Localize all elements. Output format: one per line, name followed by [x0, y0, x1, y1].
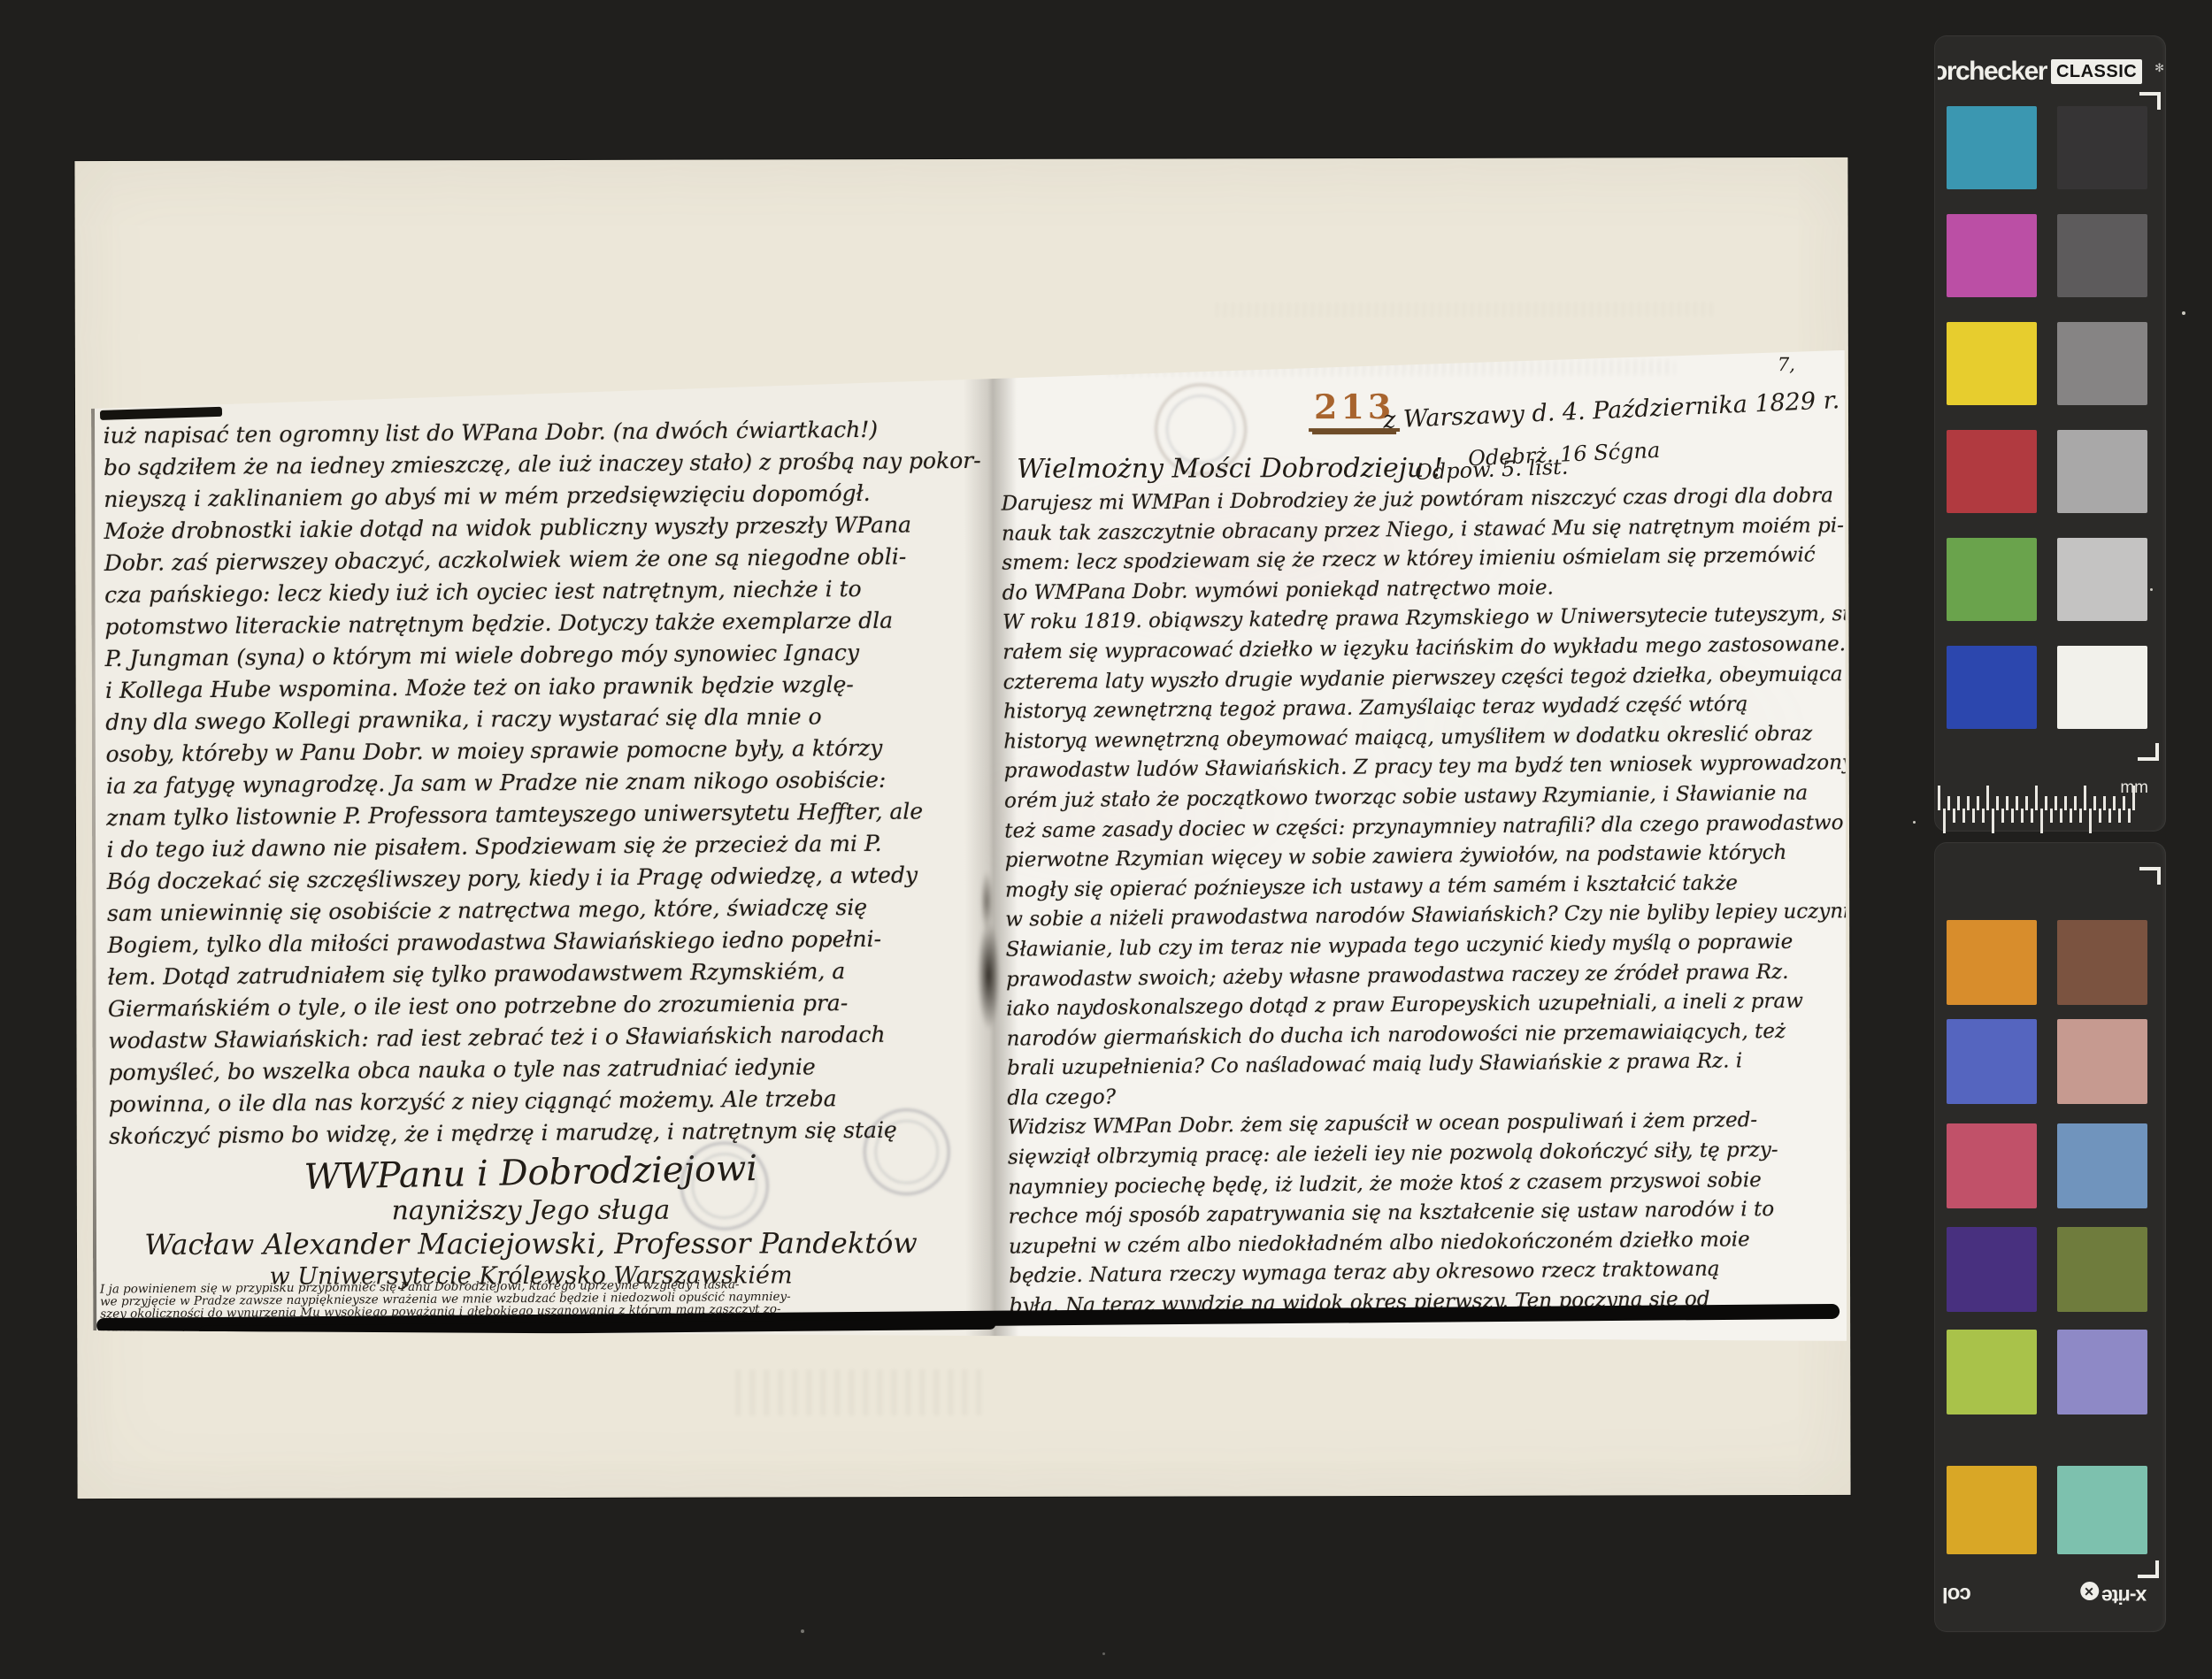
right-page-body: Darujesz mi WMPan i Dobrodziey że już po… — [1002, 481, 1846, 1322]
patch-row — [1934, 106, 2166, 189]
color-patch — [1947, 1123, 2037, 1208]
color-patch — [1947, 1019, 2037, 1104]
archive-stamp — [864, 1108, 950, 1195]
fold-ink-smudge — [980, 870, 993, 932]
patch-row — [1934, 1227, 2166, 1312]
patch-row — [1934, 538, 2166, 621]
closing-valediction: nayniższy Jego sługa — [93, 1194, 969, 1227]
color-patch — [2057, 1019, 2147, 1104]
patch-row — [1934, 1466, 2166, 1554]
color-patch — [2057, 1466, 2147, 1554]
color-patch — [1947, 646, 2037, 729]
color-patch — [2057, 538, 2147, 621]
ruler-ticks — [1943, 809, 2131, 833]
patch-row — [1934, 920, 2166, 1005]
color-patch — [2057, 646, 2147, 729]
color-patch — [1947, 1330, 2037, 1414]
color-patch — [1947, 430, 2037, 513]
document-corner-shadow — [100, 407, 222, 420]
colorchecker-card-bottom: col x-rite✕ — [1934, 842, 2166, 1632]
dust-speck — [2150, 588, 2153, 591]
dateline: z Warszawy d. 4. Października 1829 r. — [1383, 387, 1840, 434]
ruler-unit-label: mm — [2120, 778, 2148, 798]
color-patch — [2057, 430, 2147, 513]
colorchecker-card-top: orcheckerCLASSIC ✻ mm — [1934, 35, 2166, 832]
color-patch — [1947, 322, 2037, 405]
colorchecker-wordmark: orchecker — [1938, 57, 2047, 86]
patch-row — [1934, 430, 2166, 513]
colorchecker-title: orcheckerCLASSIC — [1938, 57, 2164, 87]
closing-address: WWPanu i Dobrodziejowi — [92, 1144, 969, 1201]
mm-ruler: mm — [1938, 786, 2147, 837]
color-patch — [1947, 1227, 2037, 1312]
photo-print: iuż napisać ten ogromny list do WPana Do… — [74, 157, 1850, 1499]
crop-corner-icon — [2139, 867, 2161, 885]
color-patch — [2057, 1330, 2147, 1414]
crop-corner-icon — [2138, 743, 2159, 761]
xrite-wordmark: x-rite — [2102, 1585, 2147, 1608]
signature-name: Wacław Alexander Maciejowski, Professor … — [93, 1226, 969, 1261]
crop-corner-icon — [2138, 1560, 2159, 1578]
ghost-offset-writing — [1109, 359, 1675, 376]
color-patch — [2057, 920, 2147, 1005]
salutation: Wielmożny Mości Dobrodzieju ! — [1017, 453, 1443, 485]
patch-row — [1934, 1123, 2166, 1208]
color-patch — [1947, 538, 2037, 621]
ruler-ticks — [1938, 786, 2139, 810]
color-patch — [2057, 1123, 2147, 1208]
colorchecker-wordmark-partial: col — [1943, 1582, 1971, 1606]
archival-photo-scene: iuż napisać ten ogromny list do WPana Do… — [0, 0, 2212, 1679]
color-patch — [2057, 322, 2147, 405]
classic-badge: CLASSIC — [2051, 59, 2142, 84]
patch-row — [1934, 1019, 2166, 1104]
dust-speck — [2182, 311, 2185, 315]
letter-document: iuż napisać ten ogromny list do WPana Do… — [91, 350, 1847, 1346]
fold-ink-smudge — [977, 920, 1000, 1031]
ghost-offset-writing — [1217, 302, 1712, 317]
reply-note: Odpow. 5. list. — [1415, 455, 1569, 485]
left-page-body: iuż napisać ten ogromny list do WPana Do… — [104, 413, 959, 1153]
archive-stamp — [680, 1141, 769, 1230]
page-marker: 7, — [1778, 354, 1795, 375]
dust-speck — [1102, 1652, 1105, 1655]
patch-row — [1934, 214, 2166, 297]
xrite-brand: x-rite✕ — [2080, 1582, 2147, 1608]
color-patch — [2057, 106, 2147, 189]
color-patch — [1947, 1466, 2037, 1554]
dust-speck — [1913, 821, 1916, 824]
patch-row — [1934, 322, 2166, 405]
registration-star-icon: ✻ — [2154, 62, 2164, 75]
patch-row — [1934, 1330, 2166, 1414]
color-patch — [2057, 214, 2147, 297]
ghost-offset-writing — [735, 1369, 983, 1416]
xrite-logo-icon: ✕ — [2080, 1582, 2099, 1600]
patch-row — [1934, 646, 2166, 729]
card-footer: col x-rite✕ — [1934, 1580, 2166, 1612]
dust-speck — [801, 1629, 804, 1633]
color-patch — [1947, 920, 2037, 1005]
color-patch — [2057, 1227, 2147, 1312]
color-patch — [1947, 106, 2037, 189]
color-patch — [1947, 214, 2037, 297]
